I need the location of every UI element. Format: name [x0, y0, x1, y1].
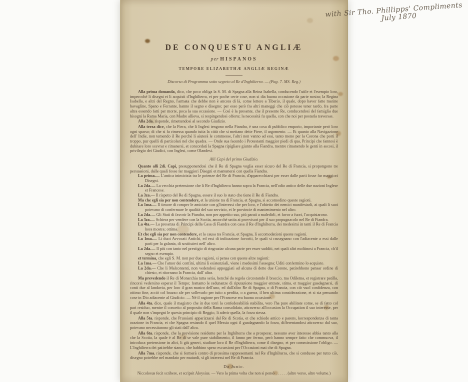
body-para: Alla 5ta. risponde, che Prussiani appari…: [130, 316, 338, 331]
body-item: La 4ta.— La presenza di Principi della C…: [130, 222, 338, 232]
title-line-per-hispanos: per HISPANOS: [130, 57, 338, 63]
body-colophon-line: Niccolosus fecit scribere, et scripsit A…: [130, 371, 338, 376]
title-subline: TEMPORE ELIZABETHÆ ANGLIÆ REGINÆ: [130, 67, 338, 72]
body-para: Quanto alli 2di. Capi, presupponendosi c…: [130, 164, 338, 174]
title-per-word: per: [211, 57, 219, 63]
pamphlet-sheet: with Sir Tho. Phillipps' Compliments Jul…: [120, 0, 348, 382]
body-item: La 2da.— Il più con tanto nel prestigio …: [130, 246, 338, 256]
foxing-spot: [338, 92, 343, 96]
page-title: DE CONQUESTU ANGLIÆ: [130, 43, 338, 53]
presentation-inscription: with Sir Tho. Phillipps' Compliments Jul…: [325, 1, 465, 26]
body-para: Alla 4ta. dice, quale il magistro che in…: [130, 301, 338, 316]
body-para: Ma prevedendo il Re di Monarchia tutta s…: [130, 276, 338, 300]
body-para: Alla 2da. risponde, rimettendosi al seco…: [130, 119, 338, 124]
body-para: Alla 7ma. risponde, che si fermerà contr…: [130, 351, 338, 361]
printed-page-content: DE CONQUESTU ANGLIÆ per HISPANOS TEMPORE…: [130, 0, 338, 382]
citation-line: Discorso di Programma sotto segreto al R…: [130, 80, 338, 85]
body-item: La 1ma.— Li duoi Avvocati Antichi, ed es…: [130, 237, 338, 247]
body-para: Alla prima domanda, dico, che poco oblig…: [130, 90, 338, 119]
body-item: La 2da.— Che li Malcontenti, non vedendo…: [130, 266, 338, 276]
body-dateline: Da Junio.: [130, 364, 338, 369]
body-paragraphs: Alla prima domanda, dico, che poco oblig…: [130, 90, 338, 376]
title-hispanos-word: HISPANOS: [220, 57, 257, 63]
body-para: Alla 6ta. risponde, che la previsione re…: [130, 331, 338, 350]
body-item: La 1ma.— Il timore di romper le amicizie…: [130, 203, 338, 213]
body-item: La prima.— L'antica inimicizia tra le po…: [130, 174, 338, 184]
body-item: La 2da.— La vecchia pretensione che li R…: [130, 183, 338, 193]
body-para: Alla terza dice, che la Fiera, che li In…: [130, 124, 338, 153]
photograph-background: with Sir Tho. Phillipps' Compliments Jul…: [0, 0, 468, 382]
body-sect-heading: Alli Capi del primo Giudizio.: [130, 157, 338, 162]
title-divider-rule: [226, 76, 243, 77]
